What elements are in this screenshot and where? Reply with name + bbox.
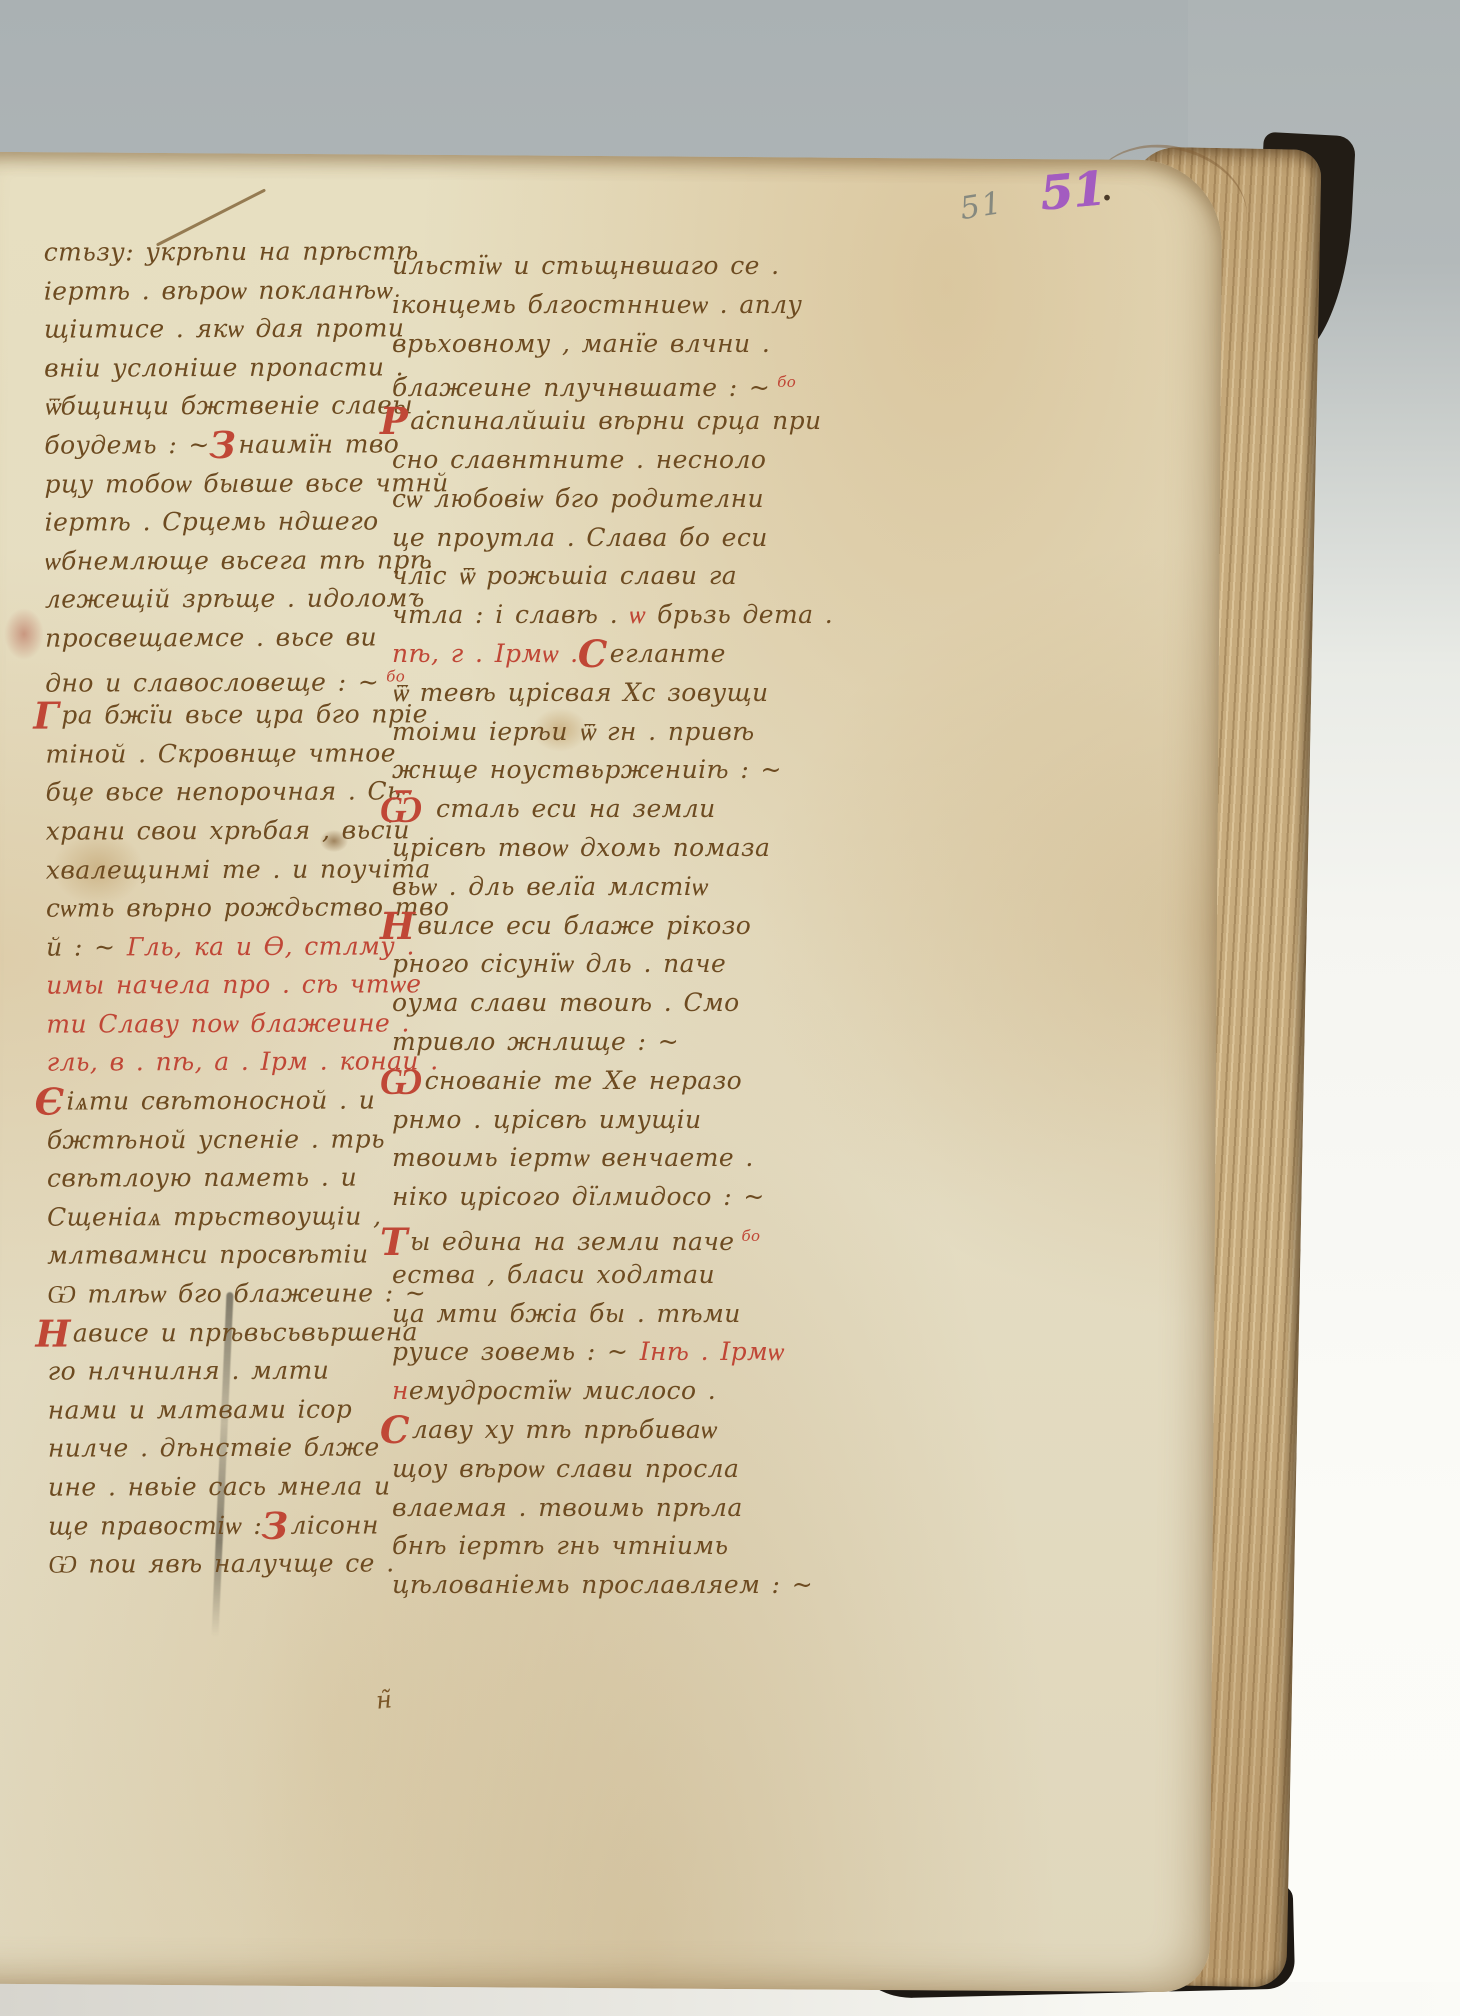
manuscript-line: ѡбнемлюще вьсега тѣ прѣ [45, 541, 393, 581]
manuscript-line: іертѣ . вѣроѡ покланѣѡ [44, 271, 392, 311]
ink-text-run: дно и славословеще : ~ [45, 667, 379, 697]
ink-text-run: чтла : і славѣ . [392, 600, 629, 629]
ink-text-run: сно славнтните . несноло [392, 445, 766, 474]
ink-text-run: ине . нвьіе сась мнела и [48, 1471, 391, 1501]
folio-number-ink: 51 [1038, 161, 1108, 221]
manuscript-line: жнще ноуствьржениіѣ : ~ [392, 751, 752, 790]
manuscript-line: Нависе и прѣвьсьвьршена [47, 1313, 395, 1353]
manuscript-line: ества , бласи ходлтаи [392, 1256, 752, 1295]
manuscript-line: млтвамнси просвѣтіи [47, 1236, 395, 1276]
manuscript-line: просвещаемсе . вьсе ви [45, 618, 393, 658]
ink-text-run: блажеине плучнвшате : ~ [392, 373, 770, 402]
manuscript-line: ильстїѡ и стьщнвшаго се . [392, 247, 752, 286]
manuscript-line: чтла : і славѣ . ѡ брьзь дета . [392, 596, 752, 635]
manuscript-line: ти Славу поѡ блажеине . [46, 1004, 394, 1044]
rubric-text-run: С [578, 635, 608, 674]
ink-text-run: храни свои хрѣбая , вьсіи [46, 815, 410, 845]
manuscript-line: й : ~ Гль, ка и Ѳ, стлму . [46, 927, 394, 967]
ink-text-run: іконцемь блгостнниеѡ . аплу [392, 290, 802, 319]
rubric-text-run: Р [380, 402, 408, 441]
ink-text-run: чліс ѿ рожьшіа слави га [392, 561, 737, 590]
ink-text-run: жнще ноуствьржениіѣ : ~ [392, 755, 782, 784]
manuscript-line: Славу ху тѣ прѣбиваѡ [392, 1411, 752, 1450]
rubric-text-run: ѡ [629, 600, 645, 629]
manuscript-line: храни свои хрѣбая , вьсіи [46, 811, 394, 851]
manuscript-line: оума слави твоиѣ . Смо [392, 984, 752, 1023]
ink-text-run: ѿ тевѣ црісвая Хс зовущи [392, 678, 769, 707]
manuscript-line: сно славнтните . несноло [392, 441, 752, 480]
ink-text-run: ы едина на земли паче [410, 1227, 735, 1256]
ink-text-run: млтвамнси просвѣтіи [47, 1240, 368, 1270]
ink-text-run: лаву ху тѣ прѣбиваѡ [412, 1415, 718, 1444]
manuscript-line: твоимь іертѡ венчаете . [392, 1139, 752, 1178]
manuscript-line: ѿ тевѣ црісвая Хс зовущи [392, 674, 752, 713]
rubric-text-run: Н [35, 1314, 70, 1353]
manuscript-line: црісвѣ твоѡ дхомь помаза [392, 829, 752, 868]
ink-text-run: рцу тобоѡ бывше вьсе чтнй [44, 468, 448, 498]
ink-text-run: твоимь іертѡ венчаете . [392, 1143, 754, 1172]
manuscript-line: цѣлованіемь прославляем : ~ [392, 1566, 752, 1605]
manuscript-line: ѿбщинци бжтвеніе славы . [44, 387, 392, 427]
rubric-text-run: бо [742, 1227, 761, 1245]
manuscript-line: влаемая . твоимь прѣла [392, 1489, 752, 1528]
manuscript-line: гль, в . пѣ, а . Ірм . конаи . [46, 1043, 394, 1083]
ink-text-run: ества , бласи ходлтаи [392, 1260, 715, 1289]
manuscript-line: хвалещинмі те . и поучіта [46, 850, 394, 890]
rubric-text-run: н [392, 1376, 409, 1405]
manuscript-line: тривло жнлище : ~ [392, 1023, 752, 1062]
ink-text-run: вніи услоніше пропасти . [44, 352, 404, 382]
ink-text-run: тоіми іерѣи ѿ гн . привѣ [392, 717, 755, 746]
manuscript-line: сѡть вѣрно рождьство тво [46, 888, 394, 928]
ink-text-run: свѣтлоую паметь . и [47, 1163, 357, 1193]
ink-text-run: црісвѣ твоѡ дхомь помаза [392, 833, 770, 862]
rubric-text-run: Інѣ . Ірмѡ [640, 1337, 785, 1366]
manuscript-line: Ѡ пои явѣ налучще се . [48, 1545, 396, 1585]
ink-text-run: го нлчнилня . млти [48, 1356, 330, 1386]
red-stain [4, 608, 44, 660]
rubric-text-run: Гль, ка и Ѳ, стлму . [127, 931, 415, 961]
ink-text-run: ра бжїи вьсе цра бго пріе [61, 699, 428, 729]
manuscript-line: вніи услоніше пропасти . [44, 348, 392, 388]
ink-text-run: стьзу: укрѣпи на прѣстѣ [44, 236, 419, 266]
manuscript-line: Ѡ тлѣѡ бго блажеине : ~ [47, 1274, 395, 1314]
manuscript-line: щіитисе . якѡ дая проти [44, 310, 392, 350]
ink-text-run: ѡбнемлюще вьсега тѣ прѣ [45, 545, 432, 575]
manuscript-line: лежещій зрѣще . идоломъ [45, 580, 393, 620]
ink-text-run: Ѡ тлѣѡ бго блажеине : ~ [47, 1278, 426, 1308]
ink-text-run: аспиналйшіи вѣрни срца при [410, 406, 821, 435]
ink-text-run: це проутла . Слава бо еси [392, 523, 768, 552]
ink-text-run: Ѡ пои явѣ налучще се . [48, 1549, 394, 1579]
manuscript-line: щоу вѣроѡ слави просла [392, 1450, 752, 1489]
manuscript-line: пѣ, г . Ірмѡ . Сегланте [392, 635, 752, 674]
ink-text-run: іѧти свѣтоносной . и [66, 1086, 375, 1116]
ink-text-run: лежещій зрѣще . идоломъ [45, 584, 425, 614]
ink-text-run: брьзь дета . [646, 600, 833, 629]
ink-text-run: влаемая . твоимь прѣла [392, 1493, 743, 1522]
ink-text-run: егланте [610, 639, 726, 668]
manuscript-line: ще правостіѡ : Злісонн [48, 1506, 396, 1546]
ink-text-run: лісонн [291, 1510, 379, 1539]
manuscript-line: го нлчнилня . млти [48, 1352, 396, 1392]
ink-text-run: наимїн тво [238, 429, 399, 459]
rubric-text-run: Н [380, 907, 415, 946]
manuscript-line: Распиналйшіи вѣрни срца при [392, 402, 752, 441]
rubric-text-run: Є [35, 1083, 65, 1122]
manuscript-line: вьѡ . дль велїа млстіѡ [392, 868, 752, 907]
manuscript-line: ине . нвьіе сась мнела и [48, 1467, 396, 1507]
ink-text-run: бнѣ іертѣ гнь чтніимь [392, 1531, 728, 1560]
manuscript-line: дно и славословеще : ~бо [45, 657, 393, 697]
catchword: н̃ [375, 1685, 394, 1714]
manuscript-line: Сщеніаѧ трьствоущіи , [47, 1197, 395, 1237]
manuscript-line: Ѿ сталь еси на земли [392, 790, 752, 829]
manuscript-line: бце вьсе непорочная . Сь [46, 773, 394, 813]
folio-number-pencil: 51 [957, 185, 1006, 227]
ink-text-run: цѣлованіемь прославляем : ~ [392, 1570, 813, 1599]
ink-text-run: емудростїѡ мислосо . [409, 1376, 716, 1405]
text-column-right: ильстїѡ и стьщнвшаго се .іконцемь блгост… [392, 247, 752, 1605]
manuscript-line: чліс ѿ рожьшіа слави га [392, 557, 752, 596]
manuscript-line: рного сісунїѡ дль . паче [392, 945, 752, 984]
rubric-text-run: З [209, 426, 236, 465]
manuscript-line: нилче . дѣнствіе блже [48, 1429, 396, 1469]
ink-text-run: іертѣ . вѣроѡ покланѣѡ [44, 275, 393, 305]
manuscript-line: тоіми іерѣи ѿ гн . привѣ [392, 713, 752, 752]
rubric-text-run: пѣ, г . Ірмѡ . [392, 639, 590, 668]
ink-text-run: рного сісунїѡ дль . паче [392, 949, 726, 978]
manuscript-line: це проутла . Слава бо еси [392, 519, 752, 558]
manuscript-line: боудемь : ~ Знаимїн тво [44, 425, 392, 465]
manuscript-line: Ѡснованіе те Хе неразо [392, 1062, 752, 1101]
ink-text-run: ависе и прѣвьсьвьршена [73, 1317, 418, 1347]
manuscript-line: тіной . Скровнще чтное [45, 734, 393, 774]
ink-text-run: щоу вѣроѡ слави просла [392, 1454, 739, 1483]
rubric-text-run: Г [33, 697, 59, 736]
ink-text-run: сѡ любовіѡ бго родителни [392, 484, 764, 513]
ink-text-run: ца мти бжіа бы . тѣми [392, 1299, 741, 1328]
manuscript-line: рцу тобоѡ бывше вьсе чтнй [44, 464, 392, 504]
ink-text-run: вилсе еси блаже рікозо [417, 911, 751, 940]
manuscript-line: свѣтлоую паметь . и [47, 1159, 395, 1199]
manuscript-line: бнѣ іертѣ гнь чтніимь [392, 1527, 752, 1566]
manuscript-line: блажеине плучнвшате : ~бо [392, 363, 752, 402]
rubric-text-run: имы начела про . сѣ чтѡе [46, 970, 421, 1000]
ink-text-run: ще правостіѡ : [48, 1510, 273, 1540]
manuscript-line: іконцемь блгостнниеѡ . аплу [392, 286, 752, 325]
rubric-text-run: бо [777, 373, 796, 391]
manuscript-line: имы начела про . сѣ чтѡе [46, 966, 394, 1006]
manuscript-line: іертѣ . Срцемь ндшего [45, 503, 393, 543]
folio-number-dot: . [1100, 160, 1114, 211]
ink-text-run: тіной . Скровнще чтное [45, 738, 396, 768]
manuscript-line: Ты едина на земли пачебо [392, 1217, 752, 1256]
ink-text-run: нами и млтвами ісор [48, 1394, 353, 1424]
ink-text-run: тривло жнлище : ~ [392, 1027, 679, 1056]
manuscript-line: врьховному , манїе влчни . [392, 325, 752, 364]
manuscript-line: рнмо . црісвѣ имущіи [392, 1101, 752, 1140]
ink-text-run: врьховному , манїе влчни . [392, 329, 770, 358]
ink-text-run: вьѡ . дль велїа млстіѡ [392, 872, 708, 901]
ink-text-run: іертѣ . Срцемь ндшего [45, 507, 379, 537]
ink-text-run: ніко црісого дїлмидосо : ~ [392, 1182, 765, 1211]
rubric-text-run: Ѿ [380, 790, 423, 829]
manuscript-line: немудростїѡ мислосо . [392, 1372, 752, 1411]
ink-text-run: снованіе те Хе неразо [425, 1066, 742, 1095]
manuscript-line: бжтѣной успеніе . трь [47, 1120, 395, 1160]
ink-text-run: оума слави твоиѣ . Смо [392, 988, 740, 1017]
ink-text-run: хвалещинмі те . и поучіта [46, 854, 431, 884]
manuscript-line: сѡ любовіѡ бго родителни [392, 480, 752, 519]
photograph-of-manuscript: { "photo": { "folio": { "pencil_number":… [0, 0, 1460, 2016]
manuscript-line: Нвилсе еси блаже рікозо [392, 907, 752, 946]
ink-text-run: Сщеніаѧ трьствоущіи , [47, 1201, 381, 1231]
ink-text-run: щіитисе . якѡ дая проти [44, 314, 404, 344]
ink-text-run: бжтѣной успеніе . трь [47, 1124, 385, 1154]
ink-text-run: нилче . дѣнствіе блже [48, 1433, 380, 1463]
manuscript-line: ніко црісого дїлмидосо : ~ [392, 1178, 752, 1217]
manuscript-line: Єіѧти свѣтоносной . и [47, 1081, 395, 1121]
ink-text-run: рнмо . црісвѣ имущіи [392, 1105, 702, 1134]
ink-text-run: сталь еси на земли [425, 794, 716, 823]
manuscript-line: стьзу: укрѣпи на прѣстѣ [44, 232, 392, 272]
ink-text-run: боудемь : ~ [44, 430, 221, 460]
rubric-text-run: Ѡ [380, 1062, 423, 1101]
ink-text-run: й : ~ [46, 932, 127, 961]
rubric-text-run: ти Славу поѡ блажеине . [46, 1008, 410, 1038]
manuscript-line: ца мти бжіа бы . тѣми [392, 1295, 752, 1334]
rubric-text-run: С [380, 1411, 410, 1450]
ink-text-run: просвещаемсе . вьсе ви [45, 622, 377, 652]
ink-text-run: руисе зовемь : ~ [392, 1337, 640, 1366]
text-column-left: стьзу: укрѣпи на прѣстѣіертѣ . вѣроѡ пок… [44, 232, 397, 1584]
ink-text-run: ѿбщинци бжтвеніе славы . [44, 391, 433, 421]
ink-text-run: бце вьсе непорочная . Сь [46, 777, 402, 807]
manuscript-line: нами и млтвами ісор [48, 1390, 396, 1430]
manuscript-line: Гра бжїи вьсе цра бго пріе [45, 696, 393, 736]
manuscript-line: руисе зовемь : ~ Інѣ . Ірмѡ [392, 1333, 752, 1372]
ink-text-run: ильстїѡ и стьщнвшаго се . [392, 251, 780, 280]
rubric-text-run: З [261, 1506, 288, 1545]
